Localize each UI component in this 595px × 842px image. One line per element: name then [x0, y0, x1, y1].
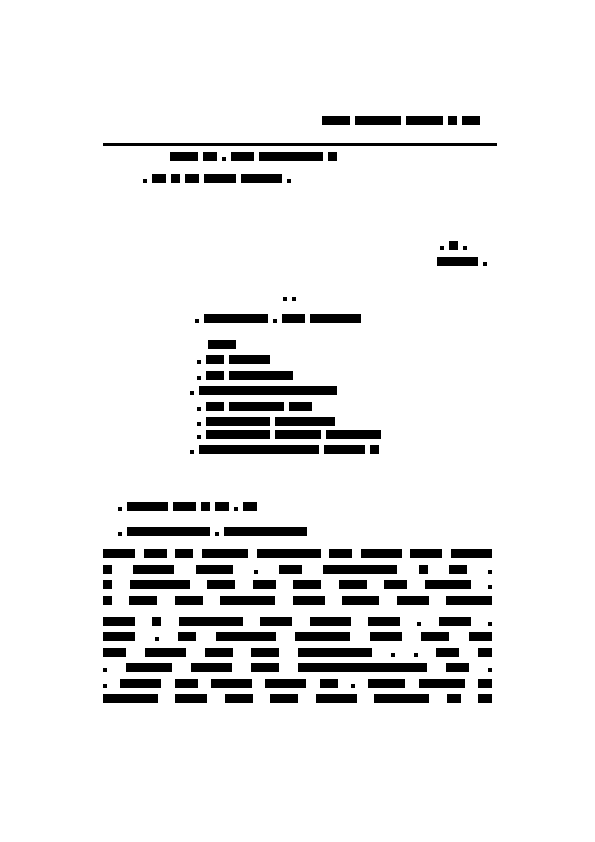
- redacted-word: [293, 596, 325, 605]
- redacted-word: [295, 632, 350, 641]
- redacted-word: [310, 314, 361, 323]
- redacted-word: [103, 632, 135, 641]
- redacted-word: [178, 632, 196, 641]
- redacted-word: [211, 679, 252, 688]
- paragraph-line: [103, 565, 492, 574]
- redacted-word: [351, 684, 355, 688]
- redacted-word: [206, 402, 224, 411]
- toc-item[interactable]: [190, 386, 342, 395]
- redacted-word: [437, 257, 478, 266]
- redacted-word: [196, 565, 233, 574]
- paragraph-line: [103, 617, 492, 626]
- paragraph-line: [103, 580, 492, 589]
- redacted-word: [316, 694, 357, 703]
- redacted-word: [368, 679, 405, 688]
- redacted-word: [118, 507, 122, 511]
- redacted-word: [155, 637, 159, 641]
- redacted-word: [195, 319, 199, 323]
- redacted-word: [259, 152, 323, 161]
- redacted-word: [384, 580, 407, 589]
- redacted-word: [103, 617, 135, 626]
- redacted-word: [275, 430, 321, 439]
- section-heading: [118, 502, 262, 511]
- redacted-word: [293, 580, 321, 589]
- redacted-word: [103, 694, 158, 703]
- redacted-word: [488, 668, 492, 672]
- redacted-word: [206, 430, 270, 439]
- redacted-word: [229, 402, 284, 411]
- toc-item[interactable]: [197, 402, 317, 411]
- redacted-word: [436, 648, 459, 657]
- redacted-word: [448, 116, 457, 125]
- redacted-word: [488, 622, 492, 626]
- toc-item[interactable]: [197, 417, 340, 426]
- redacted-word: [175, 596, 203, 605]
- document-page: [0, 0, 595, 842]
- redacted-word: [208, 340, 236, 349]
- redacted-word: [103, 684, 107, 688]
- redacted-word: [197, 360, 201, 364]
- redacted-word: [173, 502, 196, 511]
- redacted-word: [129, 596, 157, 605]
- redacted-word: [322, 116, 350, 125]
- redacted-word: [287, 179, 291, 183]
- redacted-word: [478, 648, 492, 657]
- redacted-word: [170, 152, 198, 161]
- redacted-word: [179, 617, 243, 626]
- redacted-word: [446, 663, 469, 672]
- redacted-word: [103, 580, 112, 589]
- redacted-word: [204, 174, 236, 183]
- toc-item[interactable]: [197, 371, 298, 380]
- redacted-word: [326, 430, 381, 439]
- redacted-word: [406, 116, 443, 125]
- redacted-word: [323, 565, 397, 574]
- redacted-word: [292, 297, 296, 301]
- redacted-word: [203, 152, 217, 161]
- paragraph-line: [103, 648, 492, 657]
- redacted-word: [199, 445, 319, 454]
- redacted-word: [254, 570, 258, 574]
- redacted-word: [251, 648, 279, 657]
- redacted-word: [355, 116, 401, 125]
- header-reference: [322, 116, 485, 125]
- redacted-word: [143, 179, 147, 183]
- redacted-word: [206, 417, 270, 426]
- title-rule: [103, 143, 497, 146]
- redacted-word: [298, 648, 372, 657]
- redacted-word: [339, 580, 367, 589]
- redacted-word: [320, 679, 338, 688]
- redacted-word: [253, 580, 276, 589]
- redacted-word: [133, 565, 174, 574]
- paragraph-line: [103, 694, 492, 703]
- redacted-word: [425, 580, 471, 589]
- redacted-word: [421, 632, 449, 641]
- redacted-word: [191, 663, 232, 672]
- redacted-word: [199, 386, 337, 395]
- redacted-word: [220, 596, 275, 605]
- redacted-word: [201, 502, 210, 511]
- subsection-heading: [118, 527, 312, 536]
- redacted-word: [103, 648, 126, 657]
- paragraph-line: [103, 632, 492, 641]
- redacted-word: [224, 527, 307, 536]
- redacted-word: [410, 549, 442, 558]
- redacted-word: [275, 417, 335, 426]
- redacted-word: [144, 549, 167, 558]
- redacted-word: [152, 617, 161, 626]
- redacted-word: [370, 445, 379, 454]
- redacted-word: [190, 450, 194, 454]
- redacted-word: [126, 663, 172, 672]
- redacted-word: [197, 376, 201, 380]
- redacted-word: [488, 570, 492, 574]
- redacted-word: [279, 565, 302, 574]
- toc-item[interactable]: [197, 430, 386, 439]
- redacted-word: [103, 668, 107, 672]
- redacted-word: [324, 445, 365, 454]
- redacted-word: [243, 502, 257, 511]
- redacted-word: [215, 502, 229, 511]
- redacted-word: [175, 679, 198, 688]
- redacted-word: [342, 596, 379, 605]
- redacted-word: [231, 152, 254, 161]
- redacted-word: [447, 694, 461, 703]
- redacted-word: [222, 157, 226, 161]
- redacted-word: [152, 174, 166, 183]
- redacted-word: [270, 694, 298, 703]
- document-subtitle: [143, 174, 296, 183]
- redacted-word: [127, 527, 210, 536]
- redacted-word: [282, 314, 305, 323]
- redacted-word: [419, 565, 428, 574]
- redacted-word: [118, 532, 122, 536]
- redacted-word: [175, 549, 193, 558]
- redacted-word: [260, 617, 292, 626]
- redacted-word: [175, 694, 207, 703]
- redacted-word: [310, 617, 351, 626]
- redacted-word: [197, 407, 201, 411]
- redacted-word: [207, 580, 235, 589]
- redacted-word: [483, 262, 487, 266]
- redacted-word: [206, 371, 224, 380]
- redacted-word: [368, 617, 400, 626]
- toc-item[interactable]: [208, 340, 241, 349]
- redacted-word: [197, 435, 201, 439]
- redacted-word: [204, 314, 268, 323]
- redacted-word: [127, 502, 168, 511]
- redacted-word: [478, 694, 492, 703]
- redacted-word: [283, 297, 287, 301]
- document-title: [170, 152, 342, 161]
- redacted-word: [391, 653, 395, 657]
- toc-item[interactable]: [195, 314, 366, 323]
- redacted-word: [462, 116, 480, 125]
- redacted-word: [298, 663, 427, 672]
- redacted-word: [478, 679, 492, 688]
- redacted-word: [171, 174, 180, 183]
- redacted-word: [439, 617, 471, 626]
- redacted-word: [419, 679, 465, 688]
- redacted-word: [120, 679, 161, 688]
- redacted-word: [216, 632, 276, 641]
- redacted-word: [463, 246, 467, 250]
- redacted-word: [130, 580, 190, 589]
- redacted-word: [451, 549, 492, 558]
- redacted-word: [241, 174, 282, 183]
- redacted-word: [469, 632, 492, 641]
- redacted-word: [103, 549, 135, 558]
- toc-item[interactable]: [197, 355, 275, 364]
- redacted-word: [202, 549, 248, 558]
- redacted-word: [289, 402, 312, 411]
- redacted-word: [197, 422, 201, 426]
- author-affiliation: [437, 257, 492, 266]
- redacted-word: [225, 694, 253, 703]
- redacted-word: [417, 622, 421, 626]
- redacted-word: [103, 565, 112, 574]
- redacted-word: [205, 648, 233, 657]
- redacted-word: [374, 694, 429, 703]
- redacted-word: [251, 663, 279, 672]
- redacted-word: [229, 371, 293, 380]
- paragraph-line: [103, 679, 492, 688]
- redacted-word: [328, 152, 337, 161]
- redacted-word: [446, 596, 492, 605]
- redacted-word: [103, 596, 112, 605]
- redacted-word: [185, 174, 199, 183]
- redacted-word: [449, 241, 458, 250]
- redacted-word: [449, 565, 467, 574]
- redacted-word: [414, 653, 418, 657]
- redacted-word: [229, 355, 270, 364]
- toc-item[interactable]: [190, 445, 384, 454]
- paragraph-line: [103, 596, 492, 605]
- redacted-word: [257, 549, 321, 558]
- paragraph-line: [103, 663, 492, 672]
- redacted-word: [215, 532, 219, 536]
- paragraph-line: [103, 549, 492, 558]
- redacted-word: [488, 585, 492, 589]
- redacted-word: [370, 632, 402, 641]
- redacted-word: [440, 246, 444, 250]
- redacted-word: [361, 549, 402, 558]
- toc-heading: [283, 292, 301, 301]
- redacted-word: [234, 507, 238, 511]
- redacted-word: [265, 679, 306, 688]
- redacted-word: [206, 355, 224, 364]
- redacted-word: [397, 596, 429, 605]
- redacted-word: [190, 391, 194, 395]
- redacted-word: [273, 319, 277, 323]
- redacted-word: [329, 549, 352, 558]
- redacted-word: [145, 648, 186, 657]
- author-name: [440, 241, 472, 250]
